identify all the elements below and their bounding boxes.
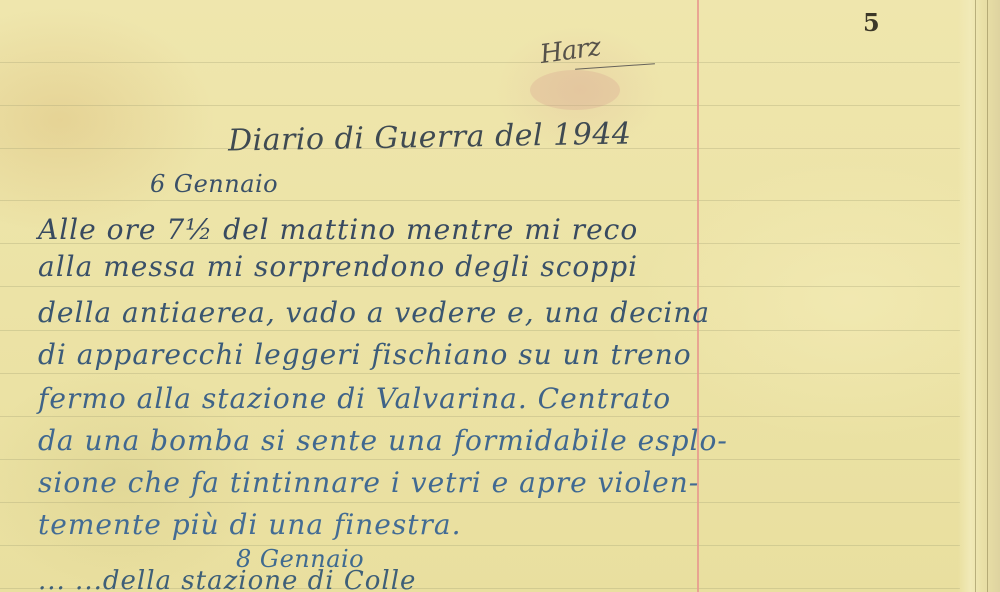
entry-line: fermo alla stazione di Valvarina. Centra… (38, 382, 671, 415)
entry-line: da una bomba si sente una formidabile es… (38, 424, 728, 457)
entry-line: temente più di una finestra. (38, 508, 461, 541)
ruled-line (0, 286, 960, 287)
ruled-line (0, 373, 960, 374)
page-edge-fold (958, 0, 1000, 592)
entry-line: alla messa mi sorprendono degli scoppi (38, 250, 638, 283)
ruled-line (0, 545, 960, 546)
entry-line: di apparecchi leggeri fischiano su un tr… (38, 338, 692, 371)
ruled-line (0, 62, 960, 63)
fold-crease (987, 0, 988, 592)
signature-stamp: Harz (538, 32, 602, 70)
entry-line: sione che fa tintinnare i vetri e apre v… (38, 466, 699, 499)
entry-line: Alle ore 7½ del mattino mentre mi reco (38, 213, 638, 246)
signature-underline (575, 63, 655, 70)
diary-title: Diario di Guerra del 1944 (228, 116, 632, 158)
ruled-line (0, 459, 960, 460)
ruled-line (0, 502, 960, 503)
ruled-line (0, 416, 960, 417)
entry-line-partial: ... ...della stazione di Colle (38, 566, 416, 592)
entry-line: della antiaerea, vado a vedere e, una de… (38, 296, 710, 329)
fold-crease (975, 0, 976, 592)
stamp-smudge (530, 70, 620, 110)
diary-page: 5 Harz Diario di Guerra del 1944 6 Genna… (0, 0, 1000, 592)
page-number: 5 (863, 8, 880, 37)
entry-date: 6 Gennaio (150, 170, 278, 198)
ruled-line (0, 330, 960, 331)
ruled-line (0, 105, 960, 106)
ruled-line (0, 200, 960, 201)
